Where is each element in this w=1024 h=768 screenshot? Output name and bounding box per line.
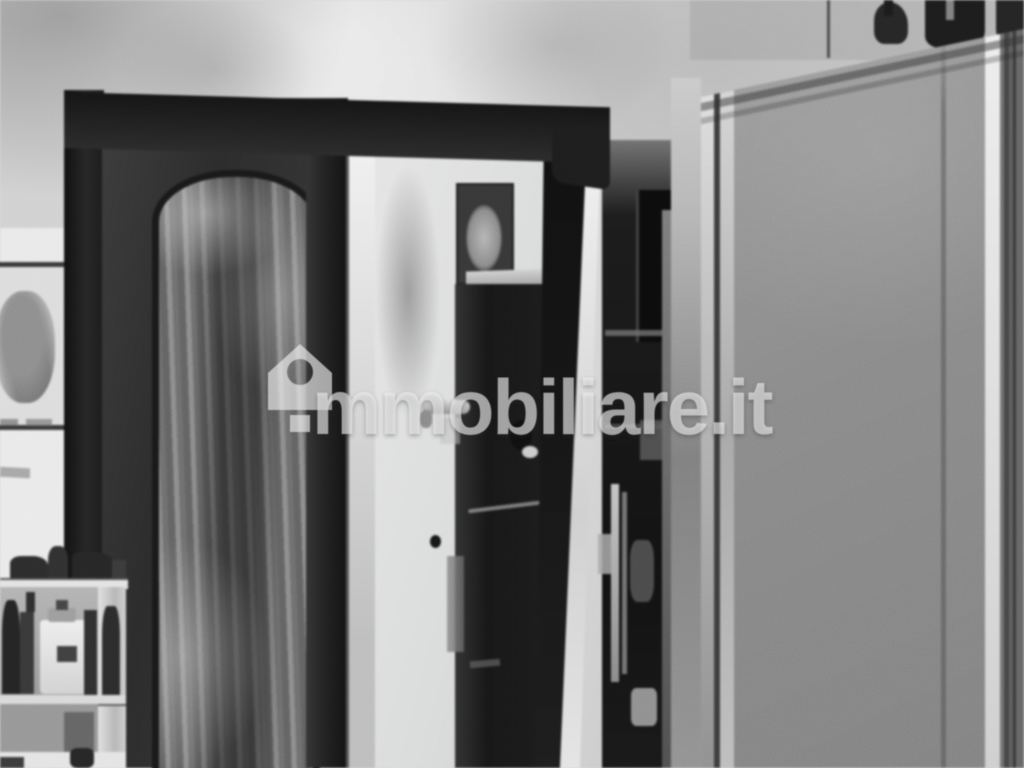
- canister-lid: [48, 608, 76, 622]
- wardrobe-panel-seam: [941, 20, 946, 768]
- item-on-shelf-top: [48, 546, 68, 580]
- niche-object: [598, 534, 611, 574]
- item-on-wardrobe: [884, 0, 893, 16]
- niche-bright-upright: [611, 484, 619, 682]
- bottle: [84, 610, 97, 695]
- niche-upright: [622, 492, 627, 674]
- niche-object: [631, 688, 657, 726]
- bw-interior-photo: mmobiliare.it: [0, 0, 1024, 768]
- canister-cap: [56, 600, 68, 610]
- watermark-text: mmobiliare.it: [312, 368, 771, 446]
- door-arched-glass-panel: [152, 170, 320, 768]
- latch-knob: [430, 535, 441, 548]
- niche-shelf: [605, 330, 667, 336]
- bottle: [2, 600, 20, 694]
- shelf-object: [64, 712, 94, 752]
- back-wall-picture-subject: [466, 205, 502, 271]
- bottle-neck: [26, 592, 35, 612]
- wardrobe-side-edge: [1000, 20, 1024, 768]
- bottle: [20, 612, 34, 694]
- doorway-left-jamb: [346, 142, 375, 768]
- item-on-shelf-top: [72, 552, 116, 580]
- shelf-object: [70, 748, 94, 768]
- item-on-shelf-top: [112, 560, 126, 580]
- wall-picture-subject: [0, 291, 55, 403]
- latch-plate: [447, 556, 464, 652]
- shelf-object: [0, 757, 24, 768]
- doorway-wall-shadow: [372, 163, 444, 503]
- niche-right-edge: [662, 210, 671, 768]
- wardrobe-right-trim: [985, 20, 1000, 768]
- item-on-shelf-top: [10, 556, 48, 580]
- wall-picture-caption-marks: [0, 419, 58, 426]
- canister-label: [57, 646, 77, 662]
- door-lintel-corner: [552, 124, 610, 190]
- wall-wire: [827, 0, 830, 58]
- niche-object: [630, 540, 654, 602]
- item-on-wardrobe-gap: [946, 0, 954, 20]
- bottle: [102, 606, 120, 702]
- immobiliare-watermark: mmobiliare.it: [262, 338, 807, 442]
